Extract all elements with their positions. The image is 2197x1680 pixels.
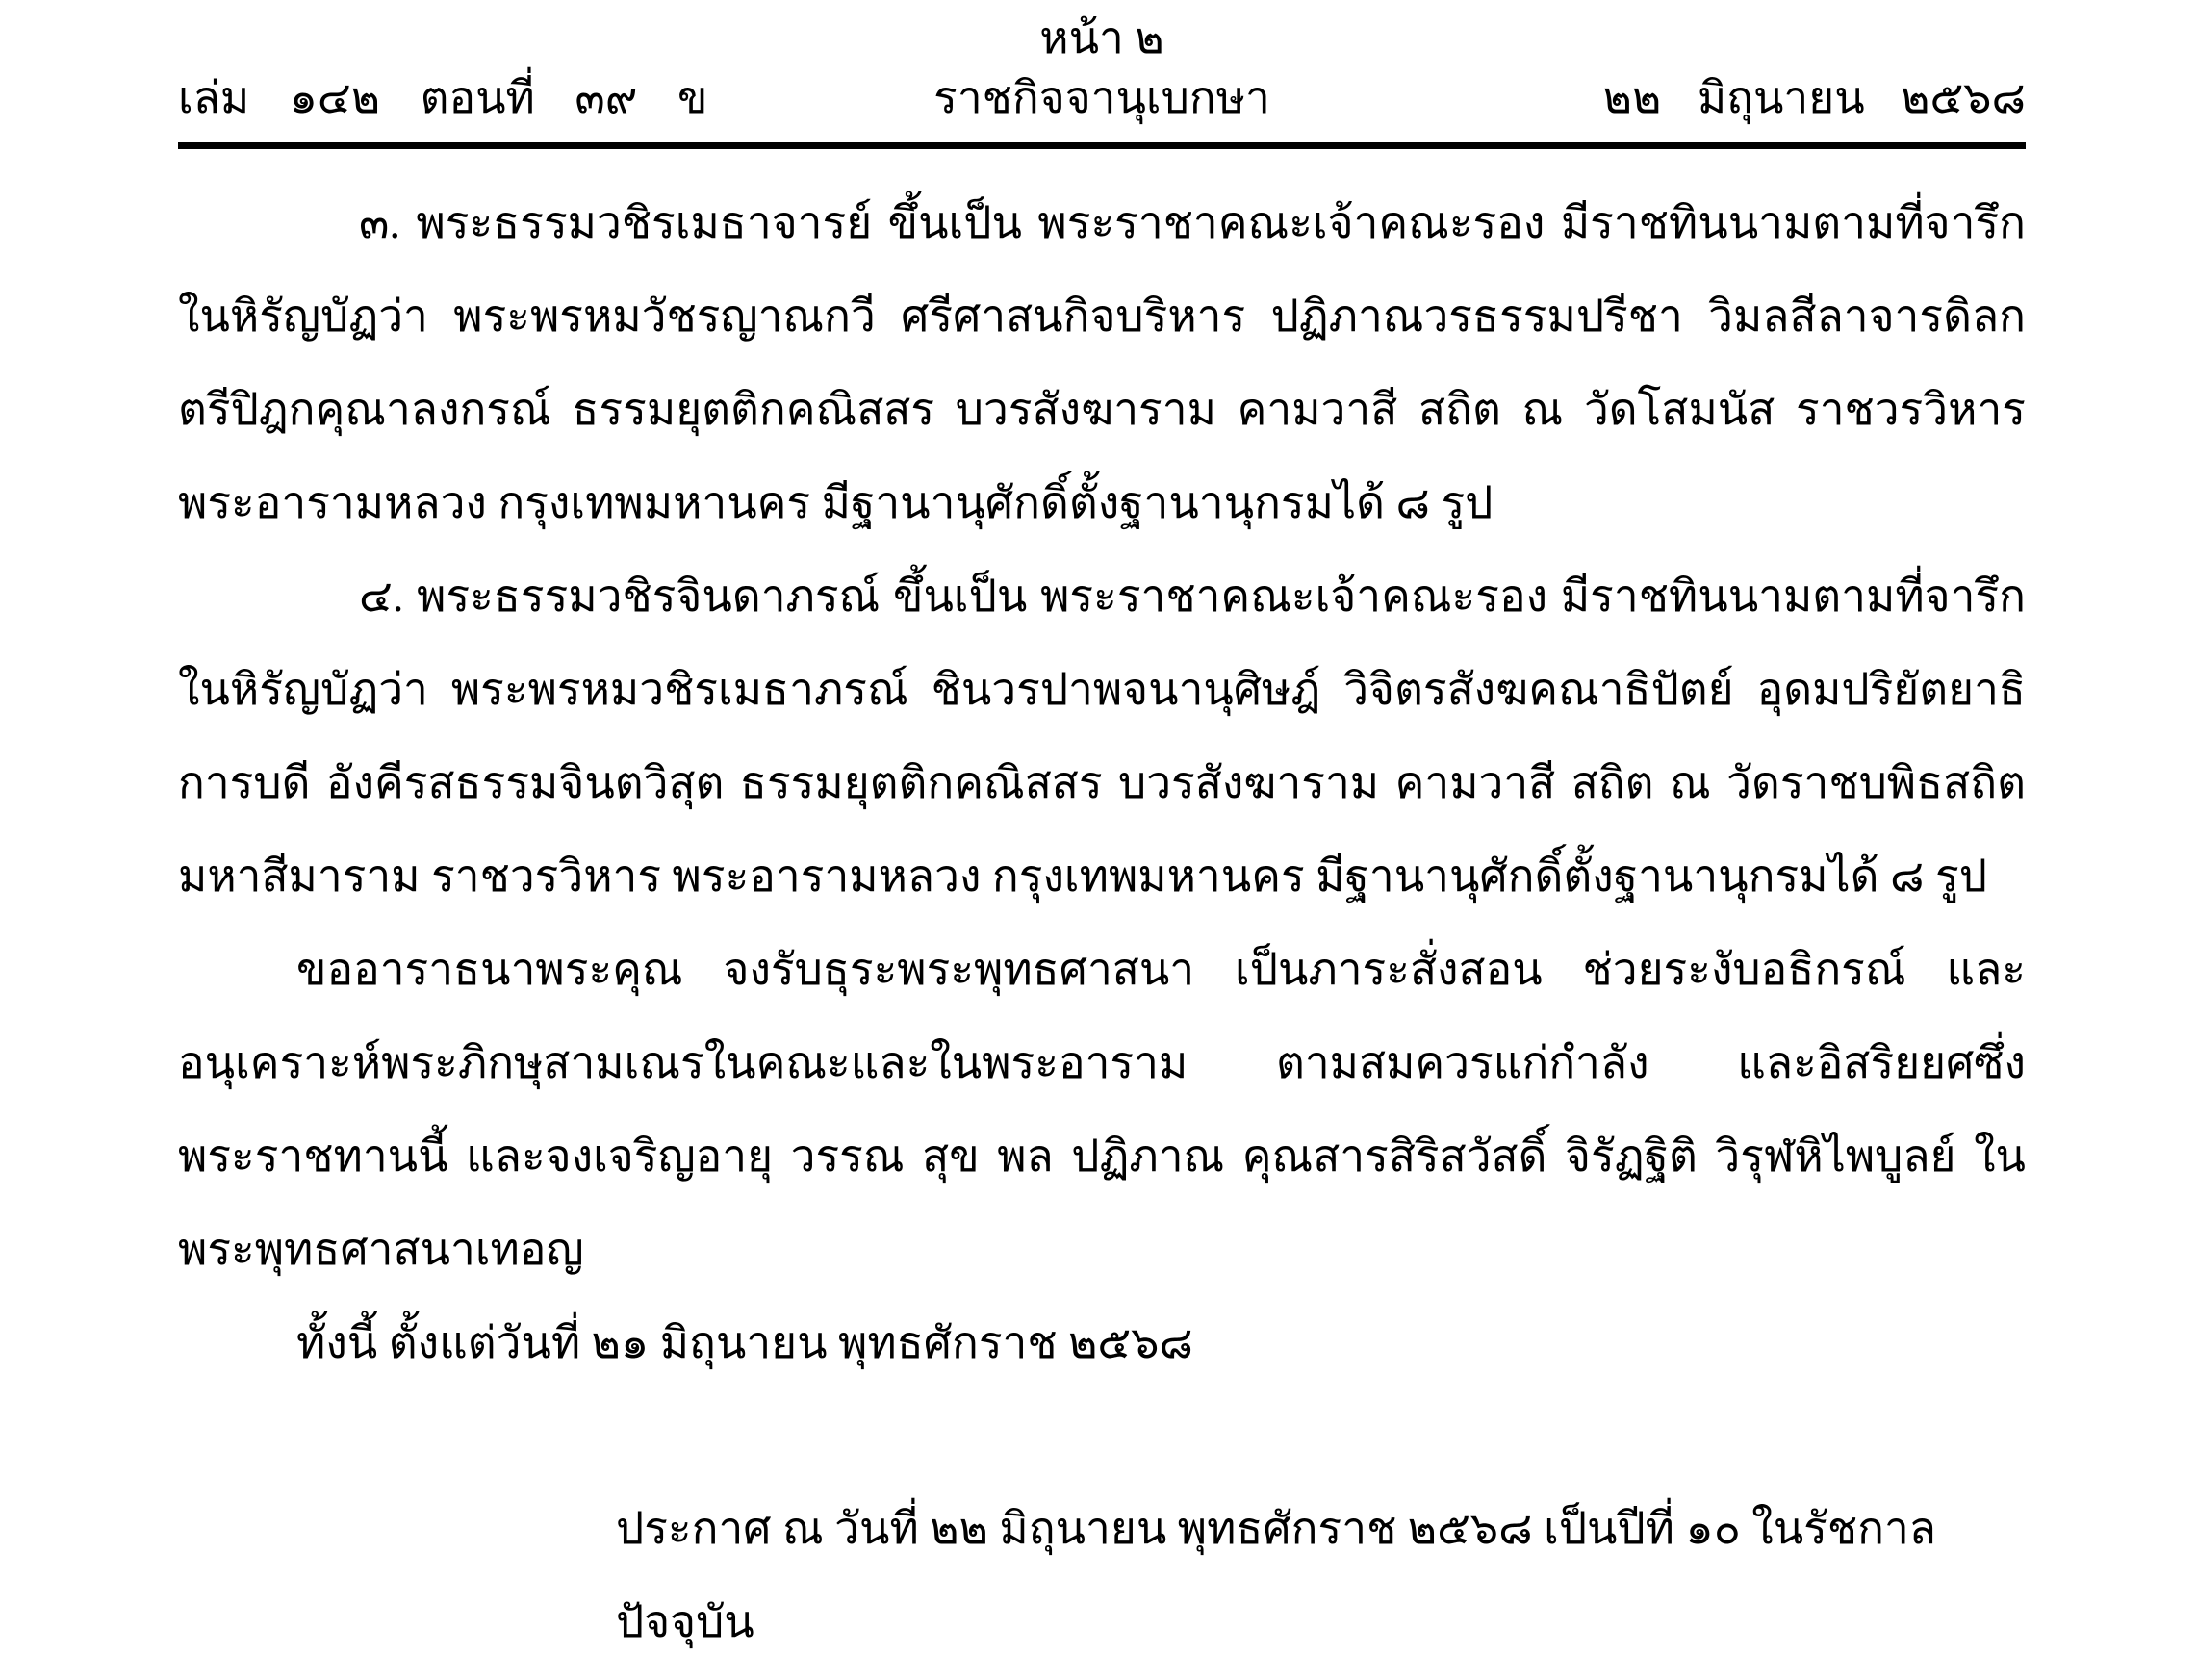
issue-info: เล่ม ๑๔๒ ตอนที่ ๓๙ ข: [178, 69, 895, 127]
header-divider: [178, 142, 2026, 149]
paragraph-effective-date: ทั้งนี้ ตั้งแต่วันที่ ๒๑ มิถุนายน พุทธศั…: [178, 1296, 2026, 1389]
document-body: ๓. พระธรรมวชิรเมธาจารย์ ขึ้นเป็น พระราชา…: [178, 176, 2026, 1668]
header-center: หน้า ๒ ราชกิจจานุเบกษา: [895, 10, 1309, 127]
paragraph-blessing: ขออาราธนาพระคุณ จงรับธุระพระพุทธศาสนา เป…: [178, 923, 2026, 1296]
gazette-title: ราชกิจจานุเบกษา: [895, 69, 1309, 127]
paragraph-item-3: ๓. พระธรรมวชิรเมธาจารย์ ขึ้นเป็น พระราชา…: [178, 176, 2026, 549]
page-header: เล่ม ๑๔๒ ตอนที่ ๓๙ ข หน้า ๒ ราชกิจจานุเบ…: [178, 10, 2026, 127]
paragraph-item-4: ๔. พระธรรมวชิรจินดาภรณ์ ขึ้นเป็น พระราชา…: [178, 549, 2026, 923]
header-date: ๒๒ มิถุนายน ๒๕๖๘: [1309, 69, 2026, 127]
gazette-page: เล่ม ๑๔๒ ตอนที่ ๓๙ ข หน้า ๒ ราชกิจจานุเบ…: [0, 0, 2197, 1680]
paragraph-proclamation: ประกาศ ณ วันที่ ๒๒ มิถุนายน พุทธศักราช ๒…: [178, 1482, 2026, 1668]
page-number-label: หน้า ๒: [895, 10, 1309, 67]
